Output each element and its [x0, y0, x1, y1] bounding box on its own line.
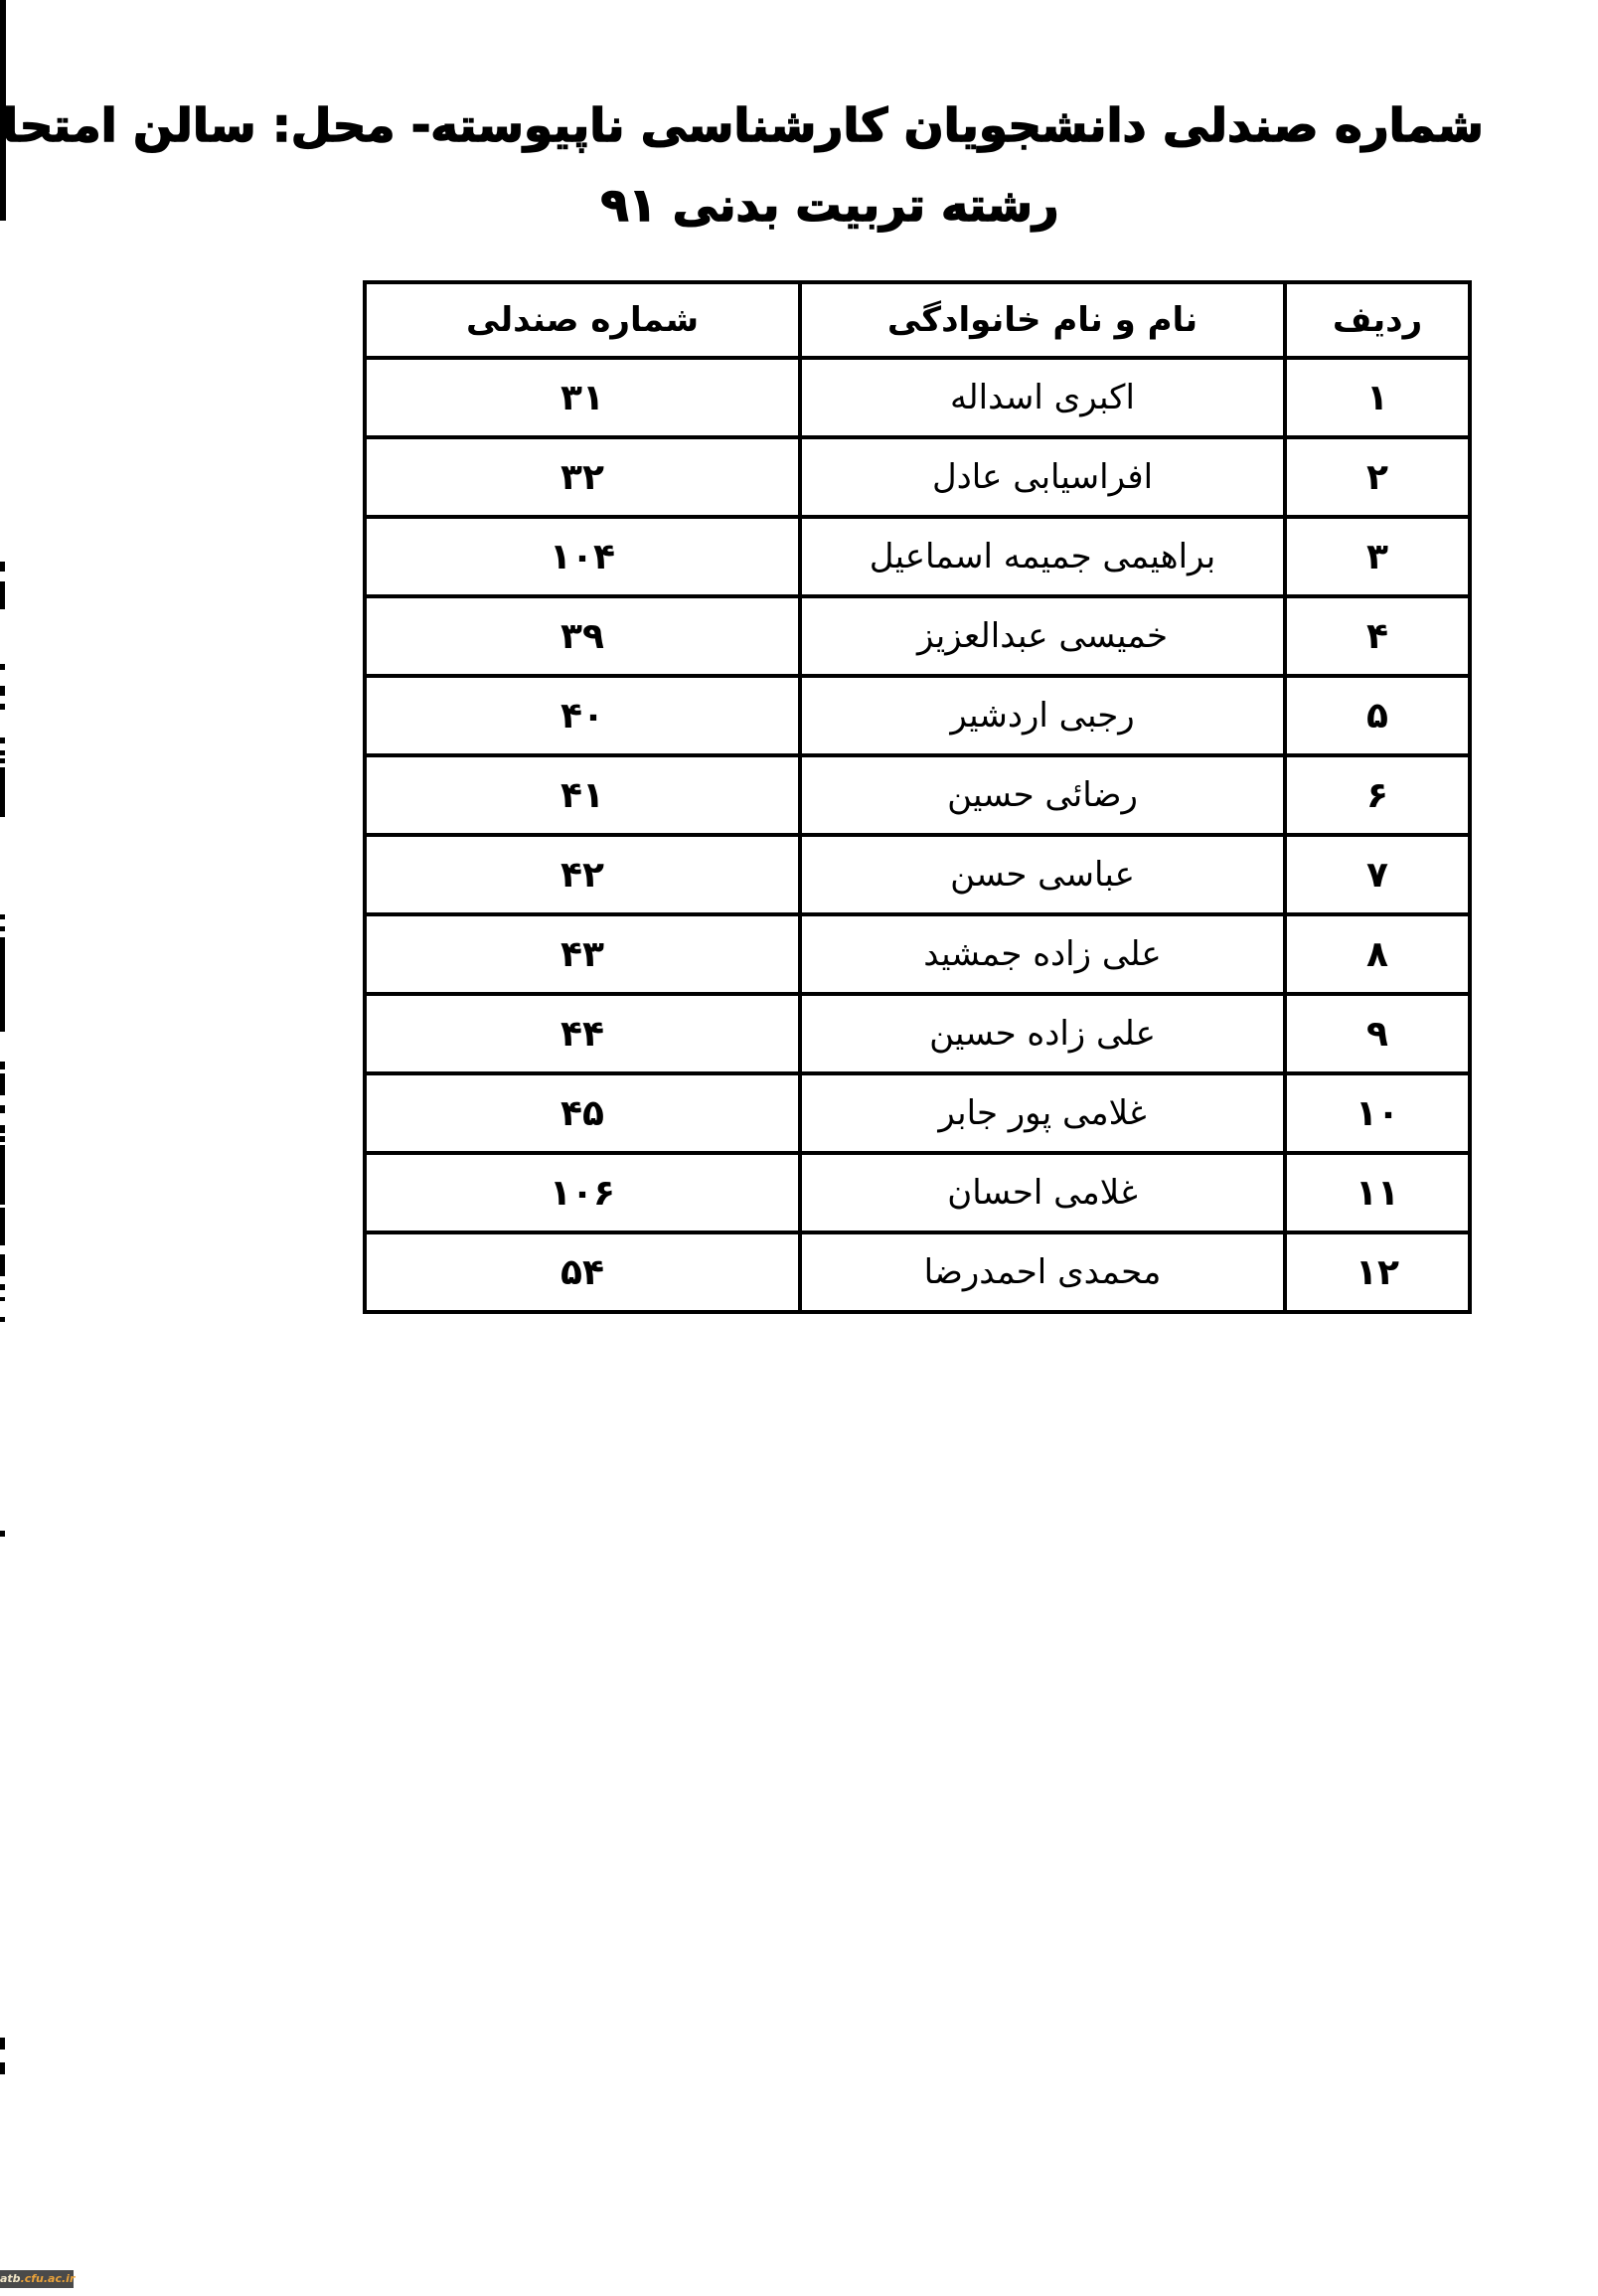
scan-artifact-mark: [0, 1284, 5, 1290]
table-row: ۴ خمیسی عبدالعزیز ۳۹: [365, 596, 1470, 676]
cell-row-number: ۸: [1285, 914, 1470, 994]
cell-full-name: محمدی احمدرضا: [800, 1232, 1285, 1312]
scan-artifact-mark: [0, 738, 5, 743]
cell-seat-number: ۴۰: [365, 676, 800, 755]
scan-artifact-mark: [0, 758, 5, 763]
cell-full-name: عباسی حسن: [800, 835, 1285, 914]
scan-artifact-mark: [0, 2038, 5, 2050]
site-watermark-badge: atb.cfu.ac.ir: [0, 2270, 74, 2288]
cell-row-number: ۵: [1285, 676, 1470, 755]
scan-artifact-mark: [0, 750, 5, 755]
table-row: ۳ براهیمی جمیمه اسماعیل ۱۰۴: [365, 517, 1470, 596]
cell-row-number: ۱۰: [1285, 1073, 1470, 1153]
watermark-part-2: .cfu.ac.ir: [21, 2272, 76, 2285]
cell-seat-number: ۳۹: [365, 596, 800, 676]
scan-artifact-mark: [0, 1297, 5, 1301]
scan-artifact-mark: [0, 767, 5, 817]
table-row: ۷ عباسی حسن ۴۲: [365, 835, 1470, 914]
cell-seat-number: ۴۴: [365, 994, 800, 1073]
cell-seat-number: ۴۵: [365, 1073, 800, 1153]
cell-full-name: براهیمی جمیمه اسماعیل: [800, 517, 1285, 596]
cell-row-number: ۴: [1285, 596, 1470, 676]
table-row: ۱ اکبری اسداله ۳۱: [365, 358, 1470, 437]
table-row: ۶ رضائی حسین ۴۱: [365, 755, 1470, 835]
cell-seat-number: ۵۴: [365, 1232, 800, 1312]
cell-full-name: اکبری اسداله: [800, 358, 1285, 437]
cell-full-name: علی زاده جمشید: [800, 914, 1285, 994]
cell-row-number: ۱۱: [1285, 1153, 1470, 1232]
cell-row-number: ۶: [1285, 755, 1470, 835]
scan-artifact-mark: [0, 1105, 5, 1113]
scan-artifact-mark: [0, 1317, 5, 1322]
header-full-name: نام و نام خانوادگی: [800, 282, 1285, 358]
cell-row-number: ۹: [1285, 994, 1470, 1073]
table-row: ۱۰ غلامی پور جابر ۴۵: [365, 1073, 1470, 1153]
table-row: ۲ افراسیابی عادل ۳۲: [365, 437, 1470, 517]
seat-assignment-table: ردیف نام و نام خانوادگی شماره صندلی ۱ اک…: [363, 280, 1472, 1314]
scan-artifact-mark: [0, 1136, 5, 1142]
table-row: ۱۲ محمدی احمدرضا ۵۴: [365, 1232, 1470, 1312]
scan-artifact-mark: [0, 1145, 5, 1205]
scanned-document-page: شماره صندلی دانشجویان کارشناسی ناپیوسته-…: [0, 0, 1598, 2296]
cell-seat-number: ۴۳: [365, 914, 800, 994]
table-row: ۹ علی زاده حسین ۴۴: [365, 994, 1470, 1073]
scan-artifact-mark: [0, 1208, 5, 1245]
scan-artifact-mark: [0, 664, 5, 670]
cell-seat-number: ۴۱: [365, 755, 800, 835]
cell-full-name: غلامی پور جابر: [800, 1073, 1285, 1153]
watermark-part-1: atb: [0, 2272, 21, 2285]
header-seat-number: شماره صندلی: [365, 282, 800, 358]
cell-full-name: رجبی اردشیر: [800, 676, 1285, 755]
scan-artifact-mark: [0, 937, 5, 1032]
cell-row-number: ۲: [1285, 437, 1470, 517]
document-subtitle: رشته تربیت بدنی ۹۱: [189, 175, 1471, 235]
scan-artifact-mark: [0, 1073, 5, 1095]
scan-artifact-mark: [0, 914, 5, 919]
scan-artifact-mark: [0, 581, 5, 609]
scan-artifact-mark: [0, 562, 5, 572]
scan-artifact-mark: [0, 704, 5, 710]
scan-artifact-mark: [0, 1062, 5, 1069]
cell-seat-number: ۱۰۴: [365, 517, 800, 596]
table-row: ۸ علی زاده جمشید ۴۳: [365, 914, 1470, 994]
scan-artifact-mark: [0, 926, 5, 931]
scan-artifact-mark: [0, 1254, 5, 1276]
scan-artifact-mark: [0, 2062, 5, 2074]
cell-seat-number: ۳۲: [365, 437, 800, 517]
cell-full-name: افراسیابی عادل: [800, 437, 1285, 517]
cell-full-name: غلامی احسان: [800, 1153, 1285, 1232]
cell-full-name: رضائی حسین: [800, 755, 1285, 835]
scan-artifact-mark: [0, 1125, 5, 1133]
scan-artifact-mark: [0, 686, 5, 696]
cell-row-number: ۳: [1285, 517, 1470, 596]
table-header-row: ردیف نام و نام خانوادگی شماره صندلی: [365, 282, 1470, 358]
cell-full-name: علی زاده حسین: [800, 994, 1285, 1073]
document-title: شماره صندلی دانشجویان کارشناسی ناپیوسته-…: [176, 95, 1484, 155]
table-row: ۵ رجبی اردشیر ۴۰: [365, 676, 1470, 755]
header-row-number: ردیف: [1285, 282, 1470, 358]
cell-seat-number: ۴۲: [365, 835, 800, 914]
cell-seat-number: ۱۰۶: [365, 1153, 800, 1232]
cell-row-number: ۱۲: [1285, 1232, 1470, 1312]
cell-full-name: خمیسی عبدالعزیز: [800, 596, 1285, 676]
scan-artifact-mark: [0, 1531, 5, 1537]
cell-seat-number: ۳۱: [365, 358, 800, 437]
cell-row-number: ۷: [1285, 835, 1470, 914]
cell-row-number: ۱: [1285, 358, 1470, 437]
table-row: ۱۱ غلامی احسان ۱۰۶: [365, 1153, 1470, 1232]
